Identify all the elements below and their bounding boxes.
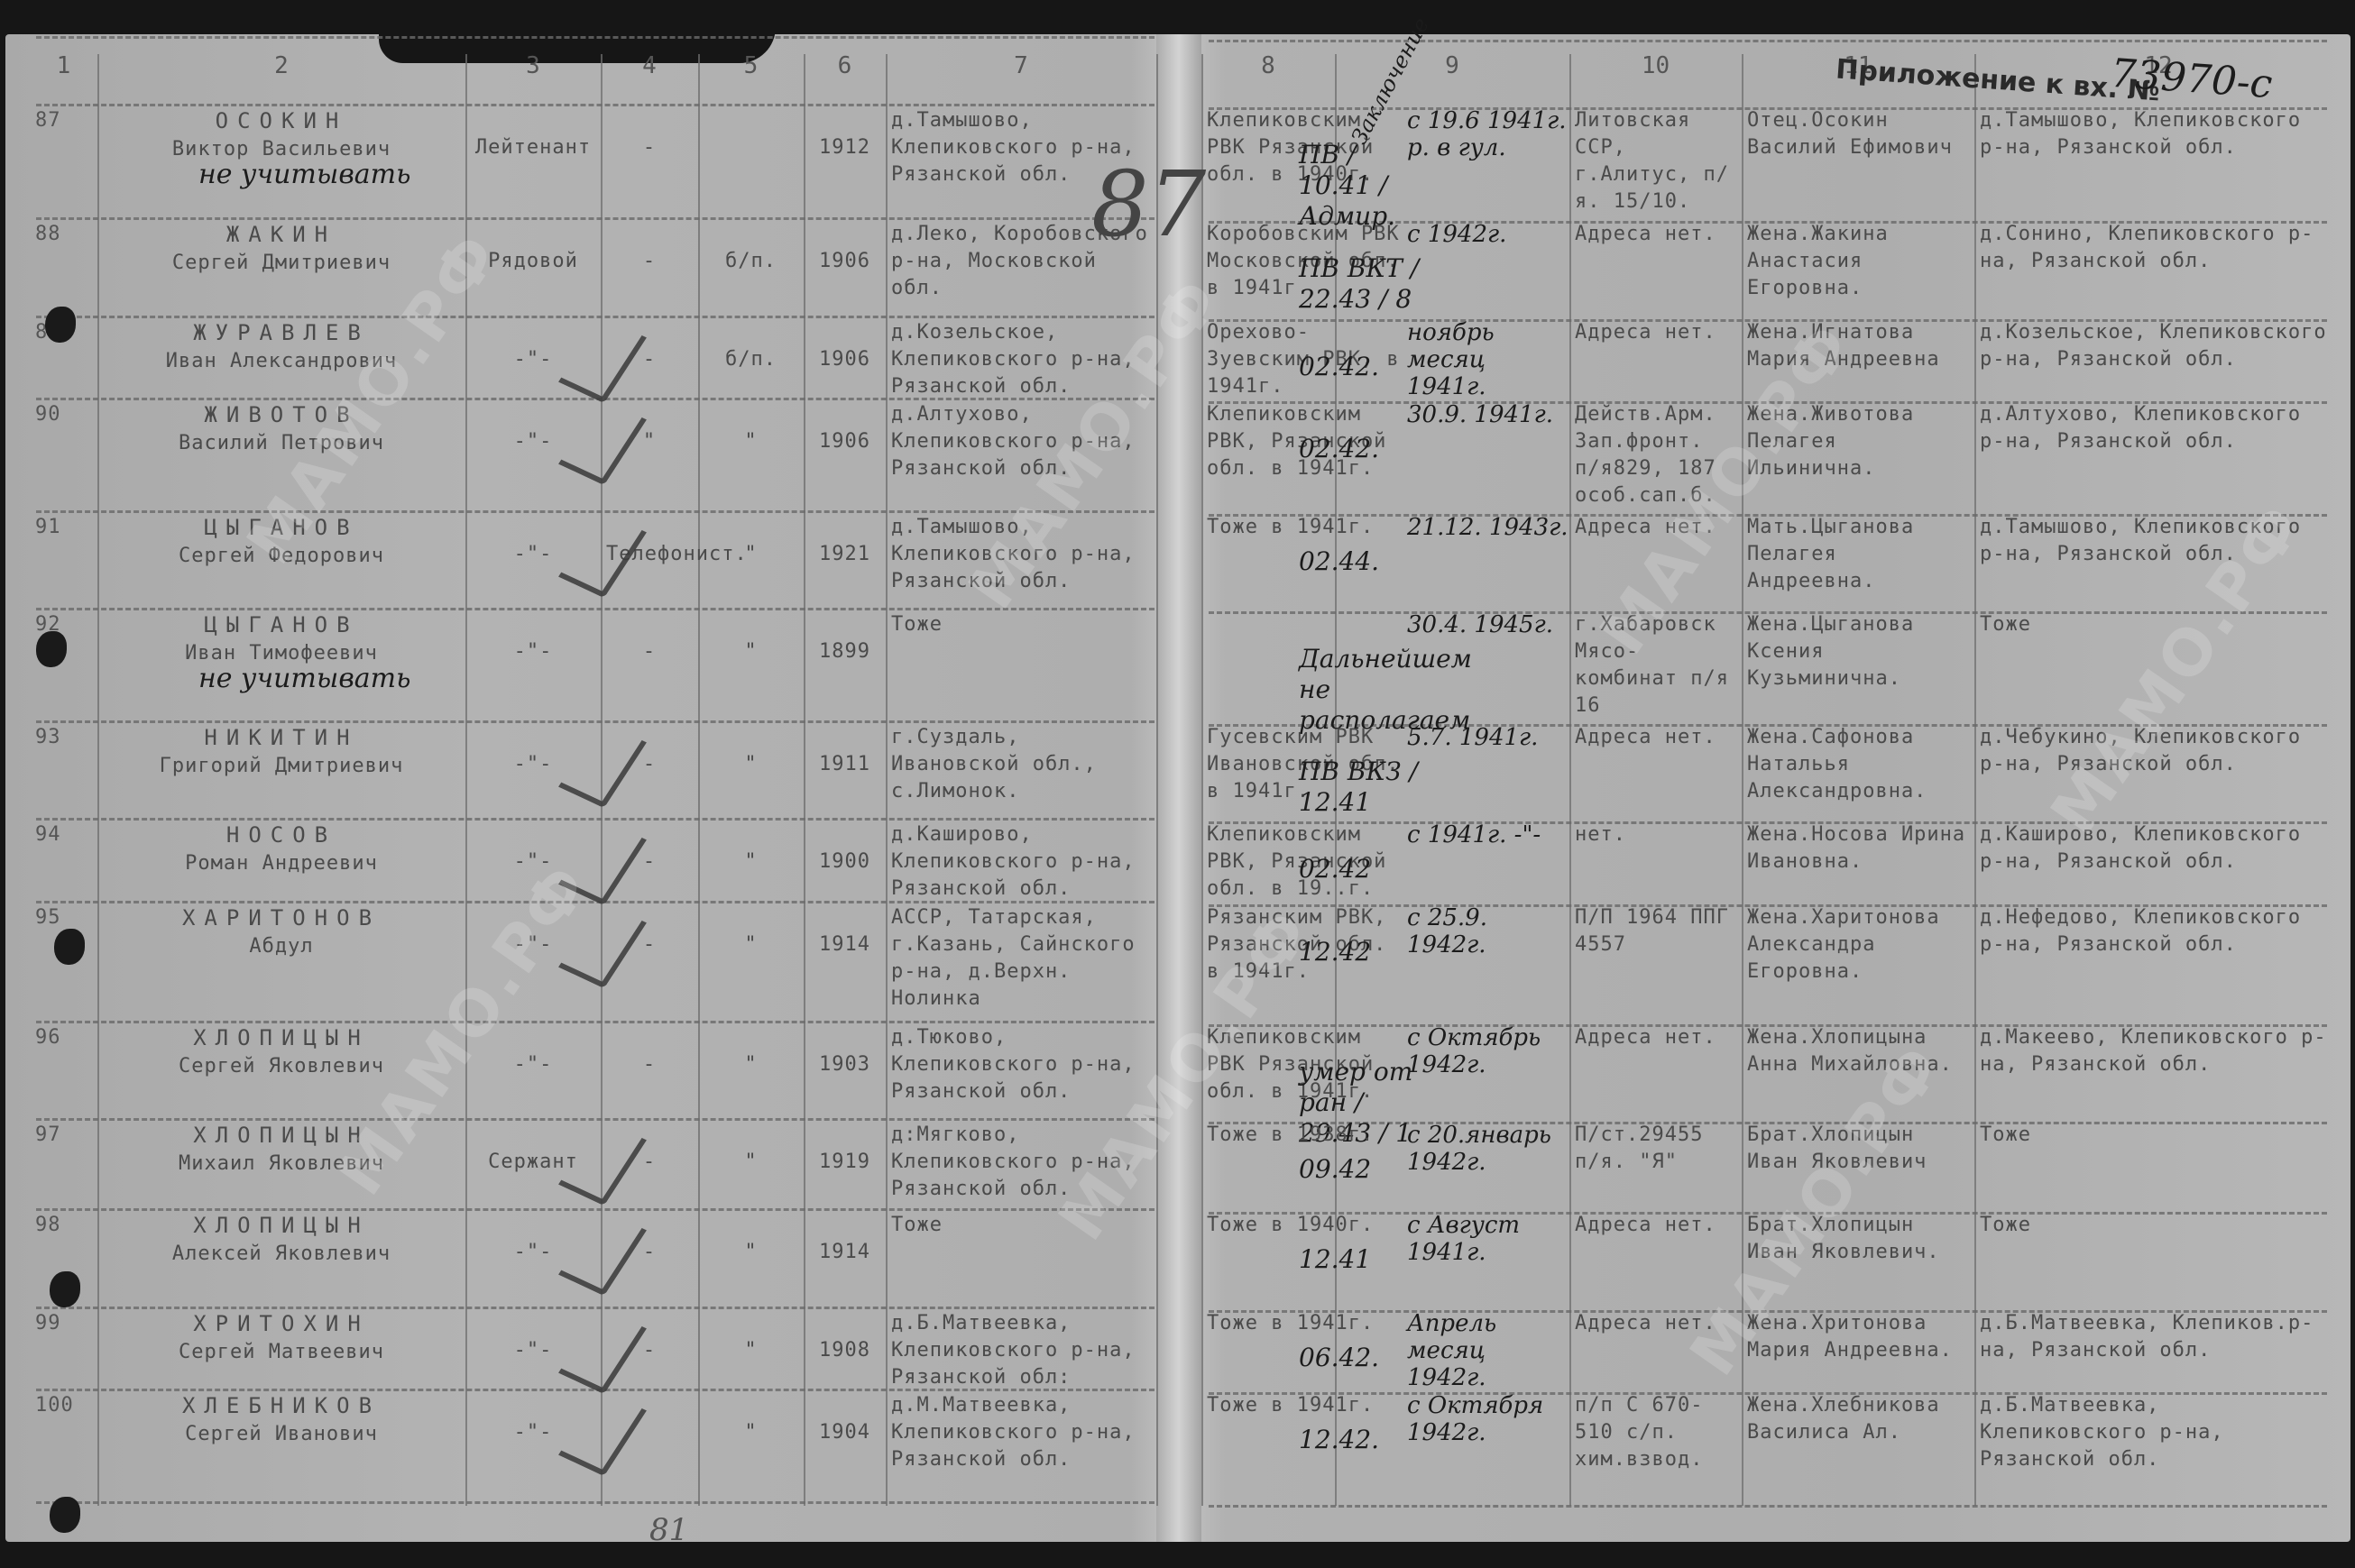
handwritten-col8: 12.41 — [1299, 1244, 1425, 1275]
given-names: Василий Петрович — [97, 426, 465, 461]
party-status: " — [698, 1118, 804, 1208]
handwritten-col8: 02.44. — [1299, 546, 1425, 577]
handwritten-col8: 02.42 — [1299, 854, 1425, 885]
birthplace: д.Каширово, Клепиковского р-на, Рязанско… — [886, 818, 1156, 901]
missing-since: 30.4. 1945г. — [1407, 611, 1569, 638]
row-number: 88 — [30, 217, 97, 316]
missing-since: 5.7. 1941г. — [1407, 724, 1569, 751]
missing-since: 21.12. 1943г. — [1407, 514, 1569, 541]
relative: Мать.Цыганова Пелагея Андреевна. — [1742, 510, 1974, 608]
row-number: 87 — [30, 104, 97, 217]
col4-value: - — [601, 104, 698, 217]
party-status: " — [698, 398, 804, 510]
given-names: Сергей Иванович — [97, 1417, 465, 1452]
party-status: " — [698, 720, 804, 818]
handwritten-col8: ПВ ВКЗ / 12.41 — [1299, 756, 1425, 818]
relative: Жена.Цыганова Ксения Кузьминична. — [1742, 608, 1974, 720]
handwritten-note: не учитывать — [198, 664, 410, 694]
missing-since: с Октябрь 1942г. — [1407, 1024, 1569, 1078]
column-number: 3 — [465, 52, 601, 79]
birth-year: 1899 — [804, 608, 886, 720]
row-number: 96 — [30, 1021, 97, 1118]
relative-address: д.Сонино, Клепиковского р-на, Рязанской … — [1974, 217, 2342, 316]
row-number: 91 — [30, 510, 97, 608]
birth-year: 1904 — [804, 1389, 886, 1501]
relative: Отец.Осокин Василий Ефимович — [1742, 104, 1974, 217]
row-number: 94 — [30, 818, 97, 901]
last-address: Адреса нет. — [1569, 1021, 1742, 1118]
column-number: 1 — [30, 52, 97, 79]
column-divider — [1156, 54, 1158, 1506]
column-number: 2 — [97, 52, 465, 79]
last-address: Адреса нет. — [1569, 217, 1742, 316]
birth-year: 1906 — [804, 217, 886, 316]
party-status: " — [698, 608, 804, 720]
col4-value: - — [601, 608, 698, 720]
birth-year: 1903 — [804, 1021, 886, 1118]
column-number: 4 — [601, 52, 698, 79]
party-status: " — [698, 818, 804, 901]
missing-since: с 19.6 1941г. р. в гул. — [1407, 107, 1569, 161]
relative-address: д.Козельское, Клепиковского р-на, Рязанс… — [1974, 316, 2342, 398]
party-status — [698, 104, 804, 217]
party-status: " — [698, 1021, 804, 1118]
missing-since: 30.9. 1941г. — [1407, 401, 1569, 428]
missing-since: с 25.9. 1942г. — [1407, 904, 1569, 958]
birthplace: д.Тюково, Клепиковского р-на, Рязанской … — [886, 1021, 1156, 1118]
row-number: 92 — [30, 608, 97, 720]
birthplace: АССР, Татарская, г.Казань, Сайнского р-н… — [886, 901, 1156, 1021]
column-number: 5 — [698, 52, 804, 79]
relative-address: д.Алтухово, Клепиковского р-на, Рязанско… — [1974, 398, 2342, 510]
punch-hole — [50, 1497, 80, 1533]
birthplace: г.Суздаль, Ивановской обл., с.Лимонок. — [886, 720, 1156, 818]
row-number: 100 — [30, 1389, 97, 1501]
punch-hole — [54, 929, 85, 965]
birth-year: 1914 — [804, 901, 886, 1021]
row-number: 99 — [30, 1307, 97, 1389]
birthplace: д.Б.Матвеевка, Клепиковского р-на, Рязан… — [886, 1307, 1156, 1389]
column-number: 7 — [886, 52, 1156, 79]
row-number: 90 — [30, 398, 97, 510]
row-divider — [1209, 40, 2327, 42]
missing-since: Апрель месяц 1942г. — [1407, 1310, 1569, 1391]
relative-address: д.Б.Матвеевка, Клепиков.р-на, Рязанской … — [1974, 1307, 2342, 1389]
missing-since: с Октября 1942г. — [1407, 1392, 1569, 1446]
center-handwritten-number: 87 — [1091, 189, 1206, 220]
rank: Лейтенант — [465, 104, 601, 217]
party-status: " — [698, 1307, 804, 1389]
given-names: Роман Андреевич — [97, 847, 465, 881]
given-names: Сергей Матвеевич — [97, 1335, 465, 1370]
party-status: " — [698, 1208, 804, 1307]
col4-value: - — [601, 217, 698, 316]
missing-since: с 20.январь 1942г. — [1407, 1122, 1569, 1176]
last-address: нет. — [1569, 818, 1742, 901]
party-status: б/п. — [698, 316, 804, 398]
last-address: п/п С 670-510 с/п. хим.взвод. — [1569, 1389, 1742, 1501]
birth-year: 1906 — [804, 398, 886, 510]
relative-address: д.Нефедово, Клепиковского р-на, Рязанско… — [1974, 901, 2342, 1021]
missing-since: с 1941г. -"- — [1407, 821, 1569, 848]
handwritten-col8: 02.42. — [1299, 434, 1425, 464]
handwritten-col8: 09.42 — [1299, 1154, 1425, 1185]
col4-value: - — [601, 1021, 698, 1118]
given-names: Абдул — [97, 930, 465, 964]
birth-year: 1906 — [804, 316, 886, 398]
column-number: 9 — [1335, 52, 1569, 79]
given-names: Алексей Яковлевич — [97, 1237, 465, 1271]
last-address: П/П 1964 ППГ 4557 — [1569, 901, 1742, 1021]
relative: Жена.Харитонова Александра Егоровна. — [1742, 901, 1974, 1021]
relative-address: Тоже — [1974, 1118, 2342, 1208]
row-divider — [1209, 1505, 2327, 1508]
column-number: 8 — [1201, 52, 1335, 79]
column-number: 6 — [804, 52, 886, 79]
missing-since: с 1942г. — [1407, 221, 1569, 248]
rank: -"- — [465, 608, 601, 720]
missing-since: ноябрь месяц 1941г. — [1407, 319, 1569, 400]
center-fold — [1156, 34, 1201, 1542]
birth-year: 1900 — [804, 818, 886, 901]
birth-year: 1911 — [804, 720, 886, 818]
party-status: " — [698, 510, 804, 608]
punch-hole — [50, 1271, 80, 1307]
relative-address: д.Б.Матвеевка, Клепиковского р-на, Рязан… — [1974, 1389, 2342, 1501]
bottom-handwritten-number: 81 — [649, 1515, 688, 1545]
relative: Жена.Жакина Анастасия Егоровна. — [1742, 217, 1974, 316]
relative: Жена.Сафонова Натальья Александровна. — [1742, 720, 1974, 818]
birth-year: 1921 — [804, 510, 886, 608]
party-status: б/п. — [698, 217, 804, 316]
missing-since: с Август 1941г. — [1407, 1212, 1569, 1266]
handwritten-col8: 06.42. — [1299, 1343, 1425, 1373]
birth-year: 1919 — [804, 1118, 886, 1208]
last-address: Адреса нет. — [1569, 316, 1742, 398]
row-divider — [36, 36, 1155, 39]
party-status: " — [698, 1389, 804, 1501]
relative-address: Тоже — [1974, 1208, 2342, 1307]
punch-hole — [45, 307, 76, 343]
last-address: Литовская ССР, г.Алитус, п/я. 15/10. — [1569, 104, 1742, 217]
relative-address: д.Каширово, Клепиковского р-на, Рязанско… — [1974, 818, 2342, 901]
handwritten-col8: ПВ ВКТ / 22.43 / 8 — [1299, 253, 1425, 315]
given-names: Сергей Дмитриевич — [97, 246, 465, 280]
birth-year: 1914 — [804, 1208, 886, 1307]
relative: Жена.Носова Ирина Ивановна. — [1742, 818, 1974, 901]
punch-hole — [36, 631, 67, 667]
handwritten-note: не учитывать — [198, 160, 410, 190]
last-address: Адреса нет. — [1569, 720, 1742, 818]
birthplace: д.М.Матвеевка, Клепиковского р-на, Рязан… — [886, 1389, 1156, 1501]
party-status: " — [698, 901, 804, 1021]
birth-year: 1912 — [804, 104, 886, 217]
last-address: П/ст.29455 п/я. "Я" — [1569, 1118, 1742, 1208]
relative-address: д.Тамышово, Клепиковского р-на, Рязанско… — [1974, 104, 2342, 217]
relative-address: д.Макеево, Клепиковского р-на, Рязанской… — [1974, 1021, 2342, 1118]
row-divider — [36, 1501, 1155, 1504]
handwritten-col8: 02.42. — [1299, 352, 1425, 382]
birth-year: 1908 — [804, 1307, 886, 1389]
column-number: 10 — [1569, 52, 1742, 79]
row-number: 93 — [30, 720, 97, 818]
handwritten-col8: 12.42. — [1299, 1425, 1425, 1455]
row-number: 97 — [30, 1118, 97, 1208]
birthplace: Тоже — [886, 608, 1156, 720]
given-names: Григорий Дмитриевич — [97, 749, 465, 784]
relative: Жена.Хлебникова Василиса Ал. — [1742, 1389, 1974, 1501]
